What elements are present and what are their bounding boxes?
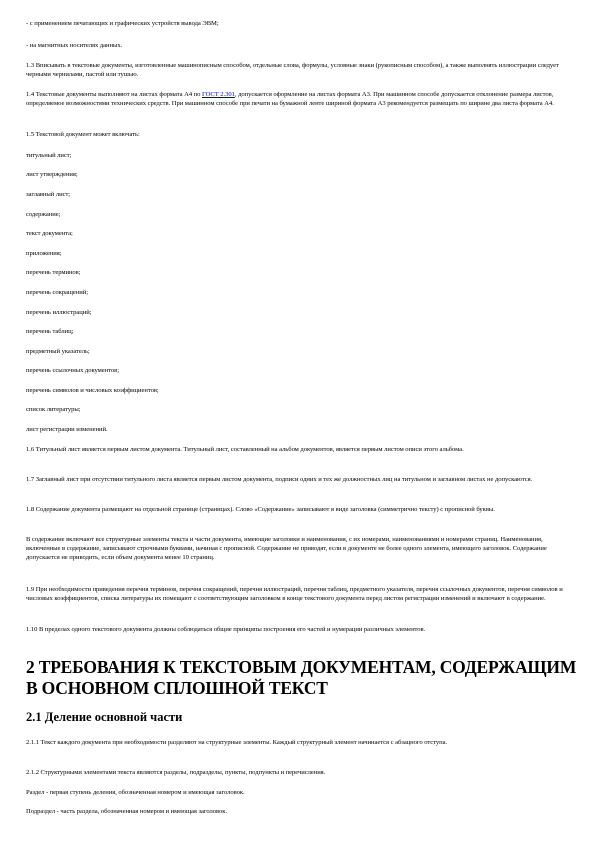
list-item: перечень иллюстраций; <box>26 308 574 317</box>
paragraph: Подраздел - часть раздела, обозначенная … <box>26 807 574 816</box>
paragraph: 1.8 Содержание документа размещают на от… <box>26 505 574 514</box>
paragraph-1-4: 1.4 Текстовые документы выполняют на лис… <box>26 90 574 108</box>
paragraph: В содержание включают все структурные эл… <box>26 535 574 563</box>
subsection-heading: 2.1 Деление основной части <box>26 710 182 725</box>
paragraph: 1.5 Текстовой документ может включать: <box>26 130 574 139</box>
paragraph: 1.6 Титульный лист является первым листо… <box>26 445 574 454</box>
paragraph: - с применением печатающих и графических… <box>26 19 574 28</box>
paragraph: Раздел - первая ступень деления, обознач… <box>26 788 574 797</box>
paragraph: - на магнитных носителях данных. <box>26 41 574 50</box>
list-item: лист регистрации изменений. <box>26 425 574 434</box>
list-item: приложения; <box>26 249 574 258</box>
paragraph: 2.1.1 Текст каждого документа при необхо… <box>26 738 574 747</box>
list-item: перечень терминов; <box>26 268 574 277</box>
list-item: заглавный лист; <box>26 190 574 199</box>
paragraph: 1.7 Заглавный лист при отсутствии титуль… <box>26 475 574 484</box>
list-item: текст документа; <box>26 229 574 238</box>
list-item: список литературы; <box>26 405 574 414</box>
list-item: перечень таблиц; <box>26 327 574 336</box>
list-item: перечень символов и числовых коэффициент… <box>26 386 574 395</box>
list-item: предметный указатель; <box>26 347 574 356</box>
paragraph: 1.10 В пределах одного текстового докуме… <box>26 625 574 634</box>
paragraph: 2.1.2 Структурными элементами текста явл… <box>26 768 574 777</box>
list-item: перечень сокращений; <box>26 288 574 297</box>
list-item: титульный лист; <box>26 151 574 160</box>
paragraph: 1.9 При необходимости приведения перечня… <box>26 585 574 603</box>
list-item: перечень ссылочных документов; <box>26 366 574 375</box>
paragraph: 1.3 Вписывать в текстовые документы, изг… <box>26 61 574 79</box>
section-heading: 2 ТРЕБОВАНИЯ К ТЕКСТОВЫМ ДОКУМЕНТАМ, СОД… <box>26 657 586 699</box>
list-item: лист утверждения; <box>26 170 574 179</box>
gost-link[interactable]: ГОСТ 2.301 <box>202 91 235 98</box>
list-item: содержание; <box>26 210 574 219</box>
paragraph-text: 1.4 Текстовые документы выполняют на лис… <box>26 91 202 98</box>
